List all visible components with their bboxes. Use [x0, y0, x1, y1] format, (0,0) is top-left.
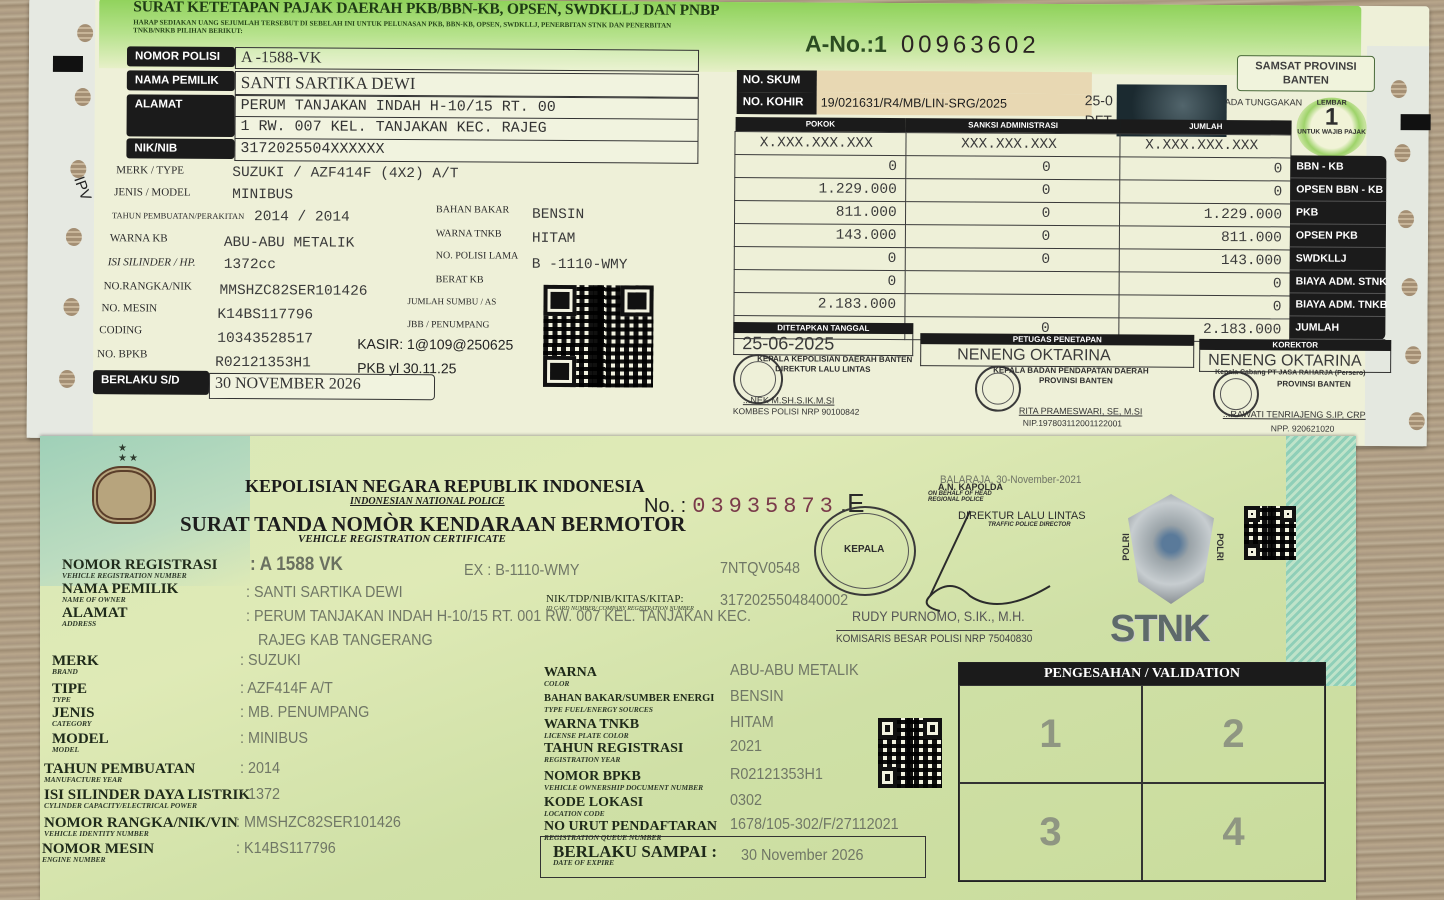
- value-bahan-bakar: BENSIN: [532, 207, 584, 223]
- value-nik: 3172025504XXXXXX: [234, 139, 698, 164]
- form-number: A-No.:100963602: [805, 30, 1040, 59]
- label-left-field: TAHUN PEMBUATANMANUFACTURE YEAR: [44, 762, 195, 783]
- value-petugas: NENENG OKTARINA: [920, 344, 1194, 368]
- label-text: KODE LOKASI: [544, 795, 643, 810]
- sig2-subtitle: PROVINSI BANTEN: [1039, 376, 1113, 385]
- label-en: CATEGORY: [52, 720, 95, 727]
- sig1-nrp: KOMBES POLISI NRP 90100842: [733, 406, 860, 417]
- label-en: VEHICLE OWNERSHIP DOCUMENT NUMBER: [544, 784, 703, 791]
- label-left-field: MODELMODEL: [52, 732, 109, 753]
- polri-text-right: POLRI: [1215, 533, 1225, 561]
- official-rank: KOMISARIS BESAR POLISI NRP 75040830: [836, 630, 1032, 645]
- value-warna: ABU-ABU METALIK: [224, 235, 355, 252]
- feed-hole: [1402, 278, 1418, 296]
- sig3-npp: NPP. 920621020: [1271, 423, 1335, 433]
- label-coding: CODING: [99, 324, 142, 336]
- sig1-subtitle: DIREKTUR LALU LINTAS: [775, 364, 870, 374]
- fee-cell-pokok: 1.229.000: [735, 177, 906, 201]
- stnk-certificate: ★★★ KEPOLISIAN NEGARA REPUBLIK INDONESIA…: [40, 436, 1356, 900]
- fee-cell-jumlah: 0: [1120, 156, 1291, 180]
- fee-row: 811.00001.229.000: [734, 200, 1290, 226]
- label-en: TYPE: [52, 696, 87, 703]
- fee-row-label: PKB: [1290, 201, 1386, 225]
- label-right-field: KODE LOKASILOCATION CODE: [544, 796, 643, 817]
- label-sumbu: JUMLAH SUMBU / AS: [407, 296, 496, 307]
- value-left-field: : K14BS117796: [236, 840, 336, 858]
- fee-row-label: JUMLAH: [1289, 316, 1385, 340]
- fee-cell-jumlah: 0: [1120, 179, 1291, 203]
- label-left-field: MERKBRAND: [52, 654, 99, 675]
- label-en: CYLINDER CAPACITY/ELECTRICAL POWER: [44, 802, 250, 809]
- fee-cell-pokok: 0: [734, 246, 905, 270]
- label-warna: WARNA KB: [110, 232, 168, 244]
- label-text: NO URUT PENDAFTARAN: [544, 819, 717, 834]
- label-right-field: NOMOR BPKBVEHICLE OWNERSHIP DOCUMENT NUM…: [544, 770, 703, 791]
- polri-text-left: POLRI: [1121, 533, 1131, 561]
- label-berlaku: BERLAKU S/D: [93, 370, 209, 395]
- label-warna-tnkb: WARNA TNKB: [436, 228, 502, 239]
- stamp-text: KEPALA: [844, 544, 884, 555]
- value-warna-tnkb: HITAM: [532, 231, 576, 247]
- fee-cell-pokok: 2.183.000: [734, 292, 905, 316]
- sig3-name: ...RAWATI TENRIAJENG S.IP, CRP: [1223, 409, 1366, 420]
- fee-cell-sanksi: [905, 293, 1120, 317]
- label-en: LICENSE PLATE COLOR: [544, 732, 639, 739]
- fee-header-jumlah: JUMLAH: [1120, 119, 1291, 134]
- kohir-row: NO. KOHIR 19/021631/R4/MB/LIN-SRG/2025: [737, 92, 1092, 116]
- certificate-number-value: 03935873: [692, 494, 838, 519]
- value-right-field: 1678/105-302/F/27112021: [730, 816, 899, 834]
- label-en: REGISTRATION YEAR: [544, 756, 683, 763]
- form-number-value: 00963602: [901, 31, 1040, 59]
- feed-hole: [66, 228, 82, 246]
- sig2-nip: NIP.197803112001122001: [1023, 418, 1122, 429]
- value-isi-silinder: 1372cc: [224, 257, 276, 273]
- fee-row: 00: [734, 269, 1290, 295]
- side-date-partial: 25-0: [1085, 92, 1113, 108]
- value-ex-registrasi: EX : B-1110-WMY: [464, 562, 579, 580]
- value-left-field: : 2014: [240, 760, 280, 778]
- label-text: BAHAN BAKAR/SUMBER ENERGI: [544, 693, 714, 704]
- label-right-field: WARNA TNKBLICENSE PLATE COLOR: [544, 718, 639, 739]
- validation-cell-2: 2: [1142, 685, 1325, 783]
- label-rangka: NO.RANGKA/NIK: [104, 280, 192, 293]
- feed-hole: [77, 24, 93, 42]
- stars-icon: ★★★: [118, 444, 140, 464]
- signature-scribble: [910, 506, 1110, 616]
- feed-hole: [1394, 144, 1410, 162]
- label-right-field: BAHAN BAKAR/SUMBER ENERGITYPE FUEL/ENERG…: [544, 692, 714, 713]
- value-right-field: ABU-ABU METALIK: [730, 662, 859, 680]
- value-merk: SUZUKI / AZF414F (4X2) A/T: [232, 165, 458, 182]
- label-en: MODEL: [52, 746, 109, 753]
- skum-row: NO. SKUM: [737, 70, 1092, 94]
- feed-hole: [63, 298, 79, 316]
- value-alamat-line1: PERUM TANJAKAN INDAH H-10/15 RT. 00: [235, 95, 699, 120]
- side-tunggakan: ADA TUNGGAKAN: [1225, 97, 1302, 107]
- form-number-label: A-No.:1: [805, 30, 887, 56]
- document-subtitle: HARAP SEDIAKAN UANG SEJUMLAH TERSEBUT DI…: [133, 18, 693, 37]
- label-bahan-bakar: BAHAN BAKAR: [436, 204, 509, 215]
- label-en: ENGINE NUMBER: [42, 856, 154, 863]
- value-ditetapkan: 25-06-2025: [733, 333, 913, 356]
- skpd-tax-document: IPV SURAT KETETAPAN PAJAK DAERAH PKB/BBN…: [27, 0, 1430, 446]
- validation-box: PENGESAHAN / VALIDATION 1 2 3 4: [958, 662, 1326, 882]
- fee-cell-jumlah: 811.000: [1120, 225, 1291, 249]
- placeholder-sanksi: XXX.XXX.XXX: [906, 132, 1121, 156]
- police-emblem-icon: [92, 466, 156, 524]
- sig2-title: KEPALA BADAN PENDAPATAN DAERAH: [993, 366, 1149, 376]
- label-nomor-polisi: NOMOR POLISI: [127, 46, 235, 67]
- fee-row-label: BIAYA ADM. STNK: [1290, 270, 1386, 294]
- label-en: COLOR: [544, 680, 597, 687]
- samsat-badge: SAMSAT PROVINSI BANTEN: [1237, 55, 1375, 92]
- fee-cell-sanksi: 0: [905, 155, 1120, 179]
- value-nama-pemilik: : SANTI SARTIKA DEWI: [246, 584, 403, 602]
- fee-cell-pokok: 143.000: [734, 223, 905, 247]
- sig3-title: Kepala Cabang PT JASA RAHARJA (Persero): [1215, 369, 1365, 377]
- fee-cell-jumlah: 143.000: [1120, 248, 1291, 272]
- label-alamat: ALAMAT: [127, 94, 235, 137]
- fee-cell-jumlah: 1.229.000: [1120, 202, 1291, 226]
- fee-cell-sanksi: 0: [905, 224, 1120, 248]
- label-en: NAME OF OWNER: [62, 596, 178, 603]
- value-left-field: : MMSHZC82SER101426: [236, 814, 401, 832]
- value-reg-code: 7NTQV0548: [720, 560, 800, 578]
- fee-cell-sanksi: 0: [905, 178, 1120, 202]
- label-merk: MERK / TYPE: [116, 164, 184, 176]
- sig2-name: RITA PRAMESWARI, SE, M.SI: [1019, 406, 1143, 417]
- timing-mark: [1401, 114, 1431, 130]
- fee-row-label: BBN - KB: [1290, 155, 1386, 179]
- label-nama-pemilik: NAMA PEMILIK NAME OF OWNER: [62, 582, 178, 603]
- fee-cell-jumlah: 0: [1119, 271, 1290, 295]
- fee-header-sanksi: SANKSI ADMINISTRASI: [906, 118, 1121, 133]
- fee-placeholder-row: X.XXX.XXX.XXX XXX.XXX.XXX X.XXX.XXX.XXX: [735, 131, 1291, 157]
- agency-name: KEPOLISIAN NEGARA REPUBLIK INDONESIA: [245, 476, 645, 497]
- value-left-field: : SUZUKI: [240, 652, 301, 670]
- value-no-skum: [817, 71, 1092, 95]
- an-kapolda-en: ON BEHALF OF HEAD REGIONAL POLICE: [928, 491, 998, 503]
- label-mesin: NO. MESIN: [101, 302, 157, 314]
- fee-row-label: BIAYA ADM. TNKB: [1289, 293, 1385, 317]
- label-nama-pemilik: NAMA PEMILIK: [127, 70, 235, 91]
- label-no-skum: NO. SKUM: [737, 70, 817, 92]
- fee-row-label: OPSEN PKB: [1290, 224, 1386, 248]
- fee-table: POKOK SANKSI ADMINISTRASI JUMLAH X.XXX.X…: [733, 117, 1291, 342]
- fee-row: 00143.000: [734, 246, 1290, 272]
- fee-cell-jumlah: 0: [1119, 294, 1290, 318]
- label-right-field: WARNACOLOR: [544, 666, 597, 687]
- value-polisi-lama: B -1110-WMY: [532, 257, 628, 274]
- fee-cell-pokok: 0: [734, 269, 905, 293]
- feed-hole: [75, 88, 91, 106]
- feed-hole: [1409, 412, 1425, 430]
- label-en: VEHICLE IDENTITY NUMBER: [44, 830, 238, 837]
- security-pattern-right: [1286, 436, 1356, 686]
- polri-shield-icon: [1128, 494, 1214, 604]
- value-right-field: 2021: [730, 738, 762, 756]
- qr-code-stnk: [878, 718, 942, 788]
- label-en: ADDRESS: [62, 620, 128, 627]
- label-en: LOCATION CODE: [544, 810, 643, 817]
- value-right-field: R02121353H1: [730, 766, 823, 784]
- fee-row: 000: [735, 154, 1291, 180]
- feed-hole: [59, 370, 75, 388]
- fee-row-label: SWDKLLJ: [1290, 247, 1386, 271]
- validation-cell-3: 3: [959, 783, 1142, 881]
- value-right-field: 0302: [730, 792, 762, 810]
- label-text: NOMOR BPKB: [544, 769, 641, 784]
- label-en: TYPE FUEL/ENERGY SOURCES: [544, 706, 714, 713]
- value-alamat-line2: RAJEG KAB TANGERANG: [258, 632, 433, 650]
- label-no-kohir: NO. KOHIR: [737, 92, 817, 114]
- value-berlaku-sampai: 30 November 2026: [741, 847, 863, 865]
- fee-row: 143.0000811.000: [734, 223, 1290, 249]
- label-left-field: ISI SILINDER DAYA LISTRIKCYLINDER CAPACI…: [44, 788, 250, 809]
- feed-hole: [1398, 210, 1414, 228]
- fee-cell-pokok: 0: [735, 154, 906, 178]
- agency-name-en: INDONESIAN NATIONAL POLICE: [350, 496, 505, 507]
- value-nama-pemilik: SANTI SARTIKA DEWI: [235, 71, 699, 98]
- label-left-field: NOMOR RANGKA/NIK/VINVEHICLE IDENTITY NUM…: [44, 816, 238, 837]
- label-polisi-lama: NO. POLISI LAMA: [436, 250, 519, 262]
- sig3-subtitle: PROVINSI BANTEN: [1277, 379, 1351, 388]
- value-left-field: : AZF414F A/T: [240, 680, 333, 698]
- label-berlaku-sampai: BERLAKU SAMPAI : DATE OF EXPIRE: [553, 845, 717, 866]
- label-bpkb: NO. BPKB: [97, 348, 147, 360]
- fee-cell-sanksi: 0: [905, 247, 1120, 271]
- fee-row-label: OPSEN BBN - KB: [1290, 178, 1386, 202]
- lembar-number: 1: [1297, 106, 1367, 128]
- label-nik: NIK/NIB: [126, 138, 234, 159]
- label-berat: BERAT KB: [436, 274, 484, 285]
- placeholder-pokok: X.XXX.XXX.XXX: [735, 131, 906, 155]
- value-left-field: : 1372: [240, 786, 280, 804]
- validation-title: PENGESAHAN / VALIDATION: [959, 663, 1325, 685]
- label-jenis: JENIS / MODEL: [114, 186, 190, 198]
- label-text: WARNA: [544, 665, 597, 680]
- label-isi-silinder: ISI SILINDER / HP.: [108, 256, 196, 269]
- label-alamat: ALAMAT ADDRESS: [62, 606, 128, 627]
- value-left-field: : MINIBUS: [240, 730, 308, 748]
- label-tahun: TAHUN PEMBUATAN/PERAKITAN: [112, 210, 244, 221]
- label-left-field: TIPETYPE: [52, 682, 87, 703]
- value-tahun: 2014 / 2014: [254, 209, 350, 226]
- label-en: VEHICLE REGISTRATION NUMBER: [62, 572, 217, 579]
- sig1-name: ...NEK M.SH.S.IK.M.SI: [743, 395, 835, 406]
- value-left-field: : MB. PENUMPANG: [240, 704, 369, 722]
- qr-code-hologram: [1244, 506, 1296, 560]
- value-bpkb: R02121353H1: [215, 355, 311, 372]
- official-name: RUDY PURNOMO, S.IK., M.H.: [852, 608, 1025, 624]
- timing-mark: [53, 56, 83, 72]
- value-nomor-polisi: A -1588-VK: [235, 47, 699, 72]
- label-jbb: JBB / PENUMPANG: [407, 320, 489, 331]
- fee-cell-sanksi: [905, 270, 1120, 294]
- value-jenis: MINIBUS: [232, 187, 293, 203]
- label-text: WARNA TNKB: [544, 717, 639, 732]
- feed-hole: [1391, 80, 1407, 98]
- value-alamat-line1: : PERUM TANJAKAN INDAH H-10/15 RT. 001 R…: [246, 608, 751, 626]
- validation-cell-1: 1: [959, 685, 1142, 783]
- value-coding: 10343528517: [217, 331, 313, 348]
- value-mesin: K14BS117796: [217, 307, 313, 324]
- label-nomor-registrasi: NOMOR REGISTRASI VEHICLE REGISTRATION NU…: [62, 558, 217, 579]
- fee-header-pokok: POKOK: [735, 117, 906, 132]
- certificate-number: No. :03935873.E: [644, 488, 864, 519]
- label-left-field: JENISCATEGORY: [52, 706, 95, 727]
- kasir-code: KASIR: 1@109@250625: [357, 336, 513, 353]
- feed-hole: [1405, 346, 1421, 364]
- stnk-hologram: POLRI POLRI STNK: [1106, 484, 1236, 650]
- sig1-title: KEPALA KEPOLISIAN DAERAH BANTEN: [757, 354, 912, 364]
- value-right-field: HITAM: [730, 714, 774, 732]
- value-berlaku: 30 NOVEMBER 2026: [209, 373, 435, 400]
- label-text: NIK/TDP/NIB/KITAS/KITAP:: [546, 593, 684, 605]
- stnk-logo-text: STNK: [1110, 608, 1209, 651]
- label-en: MANUFACTURE YEAR: [44, 776, 195, 783]
- value-no-kohir: 19/021631/R4/MB/LIN-SRG/2025: [817, 93, 1092, 117]
- expiry-box: BERLAKU SAMPAI : DATE OF EXPIRE 30 Novem…: [540, 836, 926, 878]
- label-text: TAHUN REGISTRASI: [544, 741, 683, 756]
- certificate-number-label: No. :: [644, 495, 686, 517]
- fee-row: 2.183.0000: [734, 292, 1290, 318]
- label-right-field: TAHUN REGISTRASIREGISTRATION YEAR: [544, 742, 683, 763]
- value-rangka: MMSHZC82SER101426: [220, 283, 368, 300]
- fee-cell-pokok: 811.000: [734, 200, 905, 224]
- certificate-title-en: VEHICLE REGISTRATION CERTIFICATE: [298, 533, 506, 545]
- fee-cell-sanksi: 0: [905, 201, 1120, 225]
- qr-code: [543, 285, 654, 388]
- value-alamat-line2: 1 RW. 007 KEL. TANJAKAN KEC. RAJEG: [234, 117, 698, 142]
- fee-row: 1.229.00000: [735, 177, 1291, 203]
- lembar-sub: UNTUK WAJIB PAJAK: [1297, 128, 1367, 135]
- value-nomor-registrasi: : A 1588 VK: [250, 554, 343, 576]
- value-right-field: BENSIN: [730, 688, 784, 706]
- validation-cell-4: 4: [1142, 783, 1325, 881]
- lembar-badge: LEMBAR 1 UNTUK WAJIB PAJAK: [1296, 97, 1366, 157]
- label-left-field: NOMOR MESINENGINE NUMBER: [42, 842, 154, 863]
- label-en: BRAND: [52, 668, 99, 675]
- fee-row-labels: BBN - KBOPSEN BBN - KBPKBOPSEN PKBSWDKLL…: [1289, 155, 1386, 340]
- placeholder-jumlah: X.XXX.XXX.XXX: [1120, 133, 1291, 157]
